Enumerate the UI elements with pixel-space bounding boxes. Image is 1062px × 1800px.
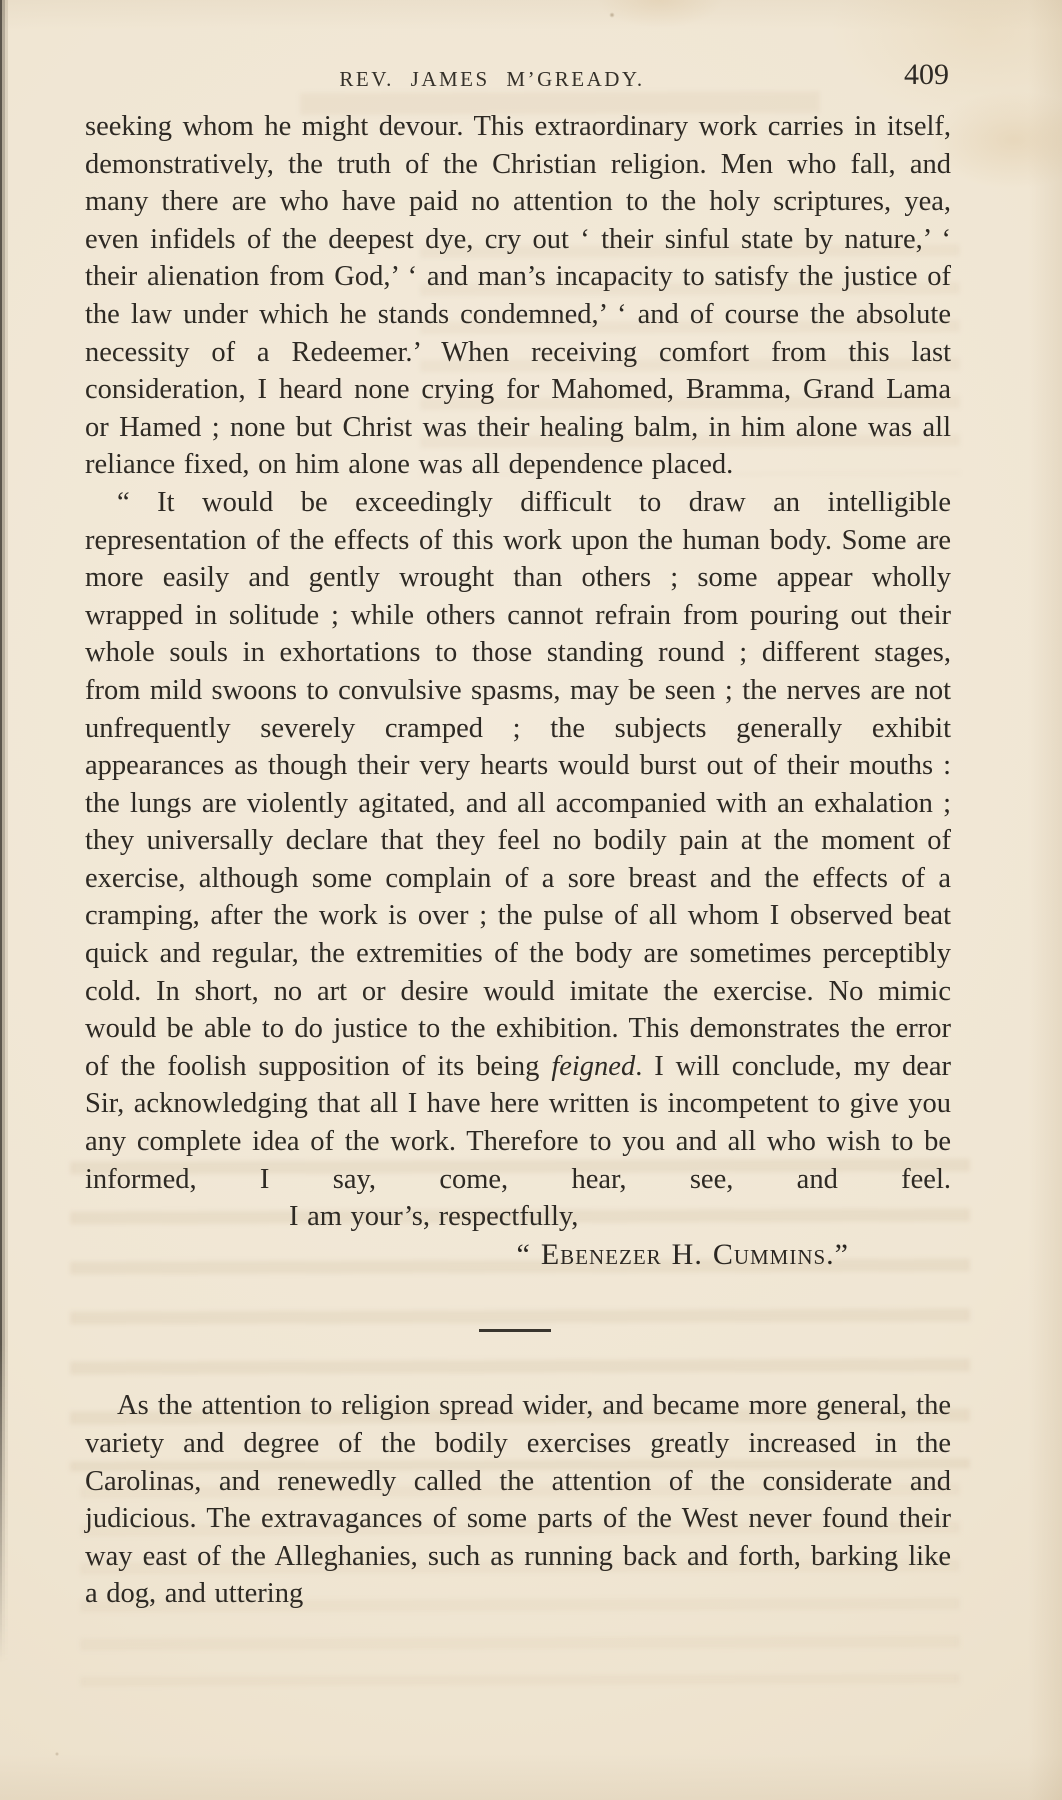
book-page: REV. JAMES M’GREADY. 409 seeking whom he… [0, 0, 1062, 1800]
page-edge-shadow [0, 0, 10, 1680]
text-column: seeking whom he might devour. This extra… [85, 108, 951, 1613]
page-number: 409 [904, 58, 949, 92]
running-header-title: REV. JAMES M’GREADY. [59, 67, 925, 92]
page-header: REV. JAMES M’GREADY. 409 [85, 58, 951, 98]
text-segment: “ It would be exceedingly difficult to d… [85, 487, 951, 1082]
letter-signature: “ Ebenezer H. Cummins.” [85, 1236, 951, 1274]
text-segment: seeking whom he might devour. This extra… [85, 111, 951, 480]
letter-paragraph-continuation: seeking whom he might devour. This extra… [85, 108, 951, 484]
narrative-paragraph-carolinas: As the attention to religion spread wide… [85, 1387, 951, 1613]
text-segment: As the attention to religion spread wide… [85, 1390, 951, 1609]
letter-valediction: I am your’s, respectfully, [257, 1198, 578, 1236]
letter-paragraph-bodily-effects: “ It would be exceedingly difficult to d… [85, 484, 951, 1236]
text-segment: feigned [551, 1051, 635, 1082]
section-divider [479, 1329, 551, 1332]
